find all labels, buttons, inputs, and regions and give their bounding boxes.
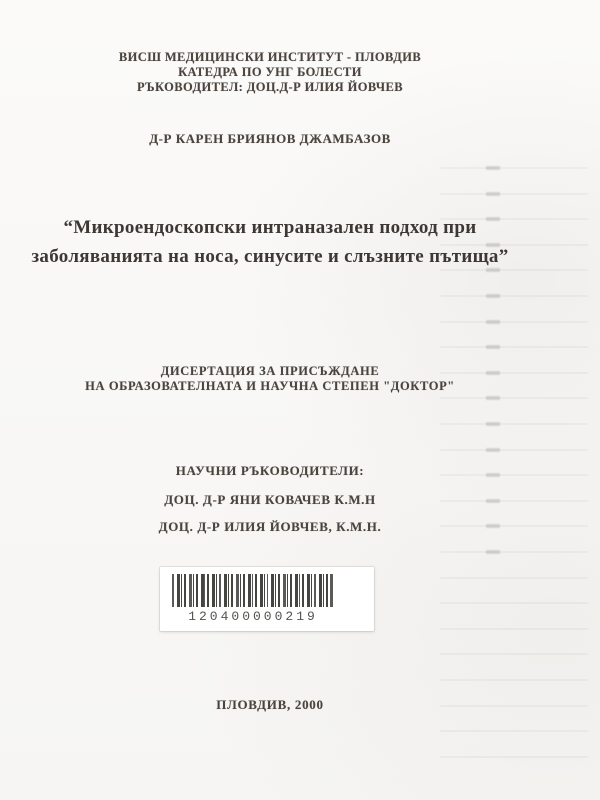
barcode-label: 120400000219 (160, 567, 374, 631)
scanned-dissertation-title-page: ВИСШ МЕДИЦИНСКИ ИНСТИТУТ - ПЛОВДИВ КАТЕД… (0, 0, 600, 800)
department-head: РЪКОВОДИТЕЛ: ДОЦ.Д-Р ИЛИЯ ЙОВЧЕВ (0, 80, 540, 95)
dissertation-title: “Микроендоскопски интраназален подход пр… (0, 213, 540, 271)
degree-statement-line2: НА ОБРАЗОВАТЕЛНАТА И НАУЧНА СТЕПЕН "ДОКТ… (0, 379, 540, 394)
author-name: Д-Р КАРЕН БРИЯНОВ ДЖАМБАЗОВ (0, 131, 540, 147)
institution-header: ВИСШ МЕДИЦИНСКИ ИНСТИТУТ - ПЛОВДИВ КАТЕД… (0, 50, 540, 95)
degree-statement: ДИСЕРТАЦИЯ ЗА ПРИСЪЖДАНЕ НА ОБРАЗОВАТЕЛН… (0, 364, 540, 394)
barcode-icon (172, 574, 334, 607)
supervisor-2: ДОЦ. Д-Р ИЛИЯ ЙОВЧЕВ, К.М.Н. (0, 519, 540, 535)
institution-name: ВИСШ МЕДИЦИНСКИ ИНСТИТУТ - ПЛОВДИВ (0, 50, 540, 65)
barcode-number: 120400000219 (166, 609, 340, 624)
dissertation-title-line2: заболяванията на носа, синусите и слъзни… (0, 242, 540, 271)
department-name: КАТЕДРА ПО УНГ БОЛЕСТИ (0, 65, 540, 80)
supervisors-heading: НАУЧНИ РЪКОВОДИТЕЛИ: (0, 463, 540, 479)
